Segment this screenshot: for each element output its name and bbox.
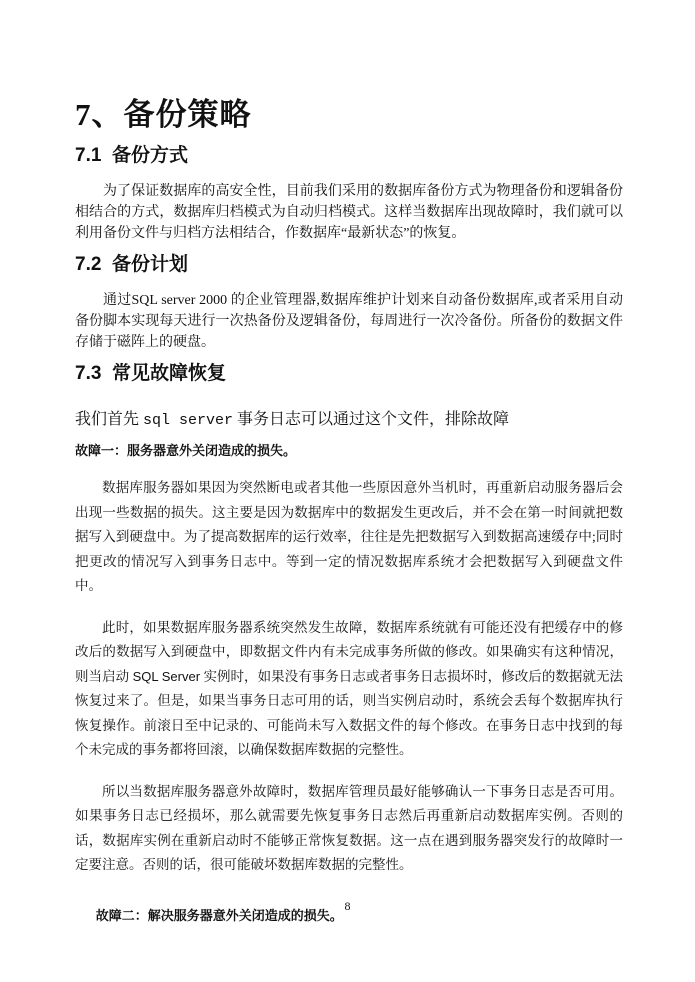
section-heading-7-3: 7.3 常见故障恢复 [75,362,623,386]
page-number: 8 [0,899,695,914]
chapter-title: 7、备份策略 [75,96,623,134]
section-7-1-paragraph: 为了保证数据库的高安全性，目前我们采用的数据库备份方式为物理备份和逻辑备份相结合… [75,181,623,244]
paragraph-2-sql-server-run: SQL Server [133,669,200,684]
fault-one-heading: 故障一：服务器意外关闭造成的损失。 [75,443,623,459]
intro-text-run: 我们首先 [75,411,143,428]
fault-one-paragraph-2: 此时，如果数据库服务器系统突然发生故障，数据库系统就有可能还没有把缓存中的修改后… [75,616,623,763]
intro-sql-server-run: sql server [143,412,233,429]
recovery-intro-line: 我们首先 sql server 事务日志可以通过这个文件，排除故障 [75,409,623,431]
section-heading-7-2: 7.2 备份计划 [75,253,623,277]
section-heading-7-1: 7.1 备份方式 [75,144,623,168]
document-page: 7、备份策略 7.1 备份方式 为了保证数据库的高安全性，目前我们采用的数据库备… [0,0,695,982]
fault-one-paragraph-1: 数据库服务器如果因为突然断电或者其他一些原因意外当机时，再重新启动服务器后会出现… [75,476,623,599]
section-7-2-paragraph: 通过SQL server 2000 的企业管理器,数据库维护计划来自动备份数据库… [75,290,623,353]
intro-text-run-2: 事务日志可以通过这个文件，排除故障 [233,411,509,428]
fault-one-paragraph-3: 所以当数据库服务器意外故障时，数据库管理员最好能够确认一下事务日志是否可用。如果… [75,780,623,878]
